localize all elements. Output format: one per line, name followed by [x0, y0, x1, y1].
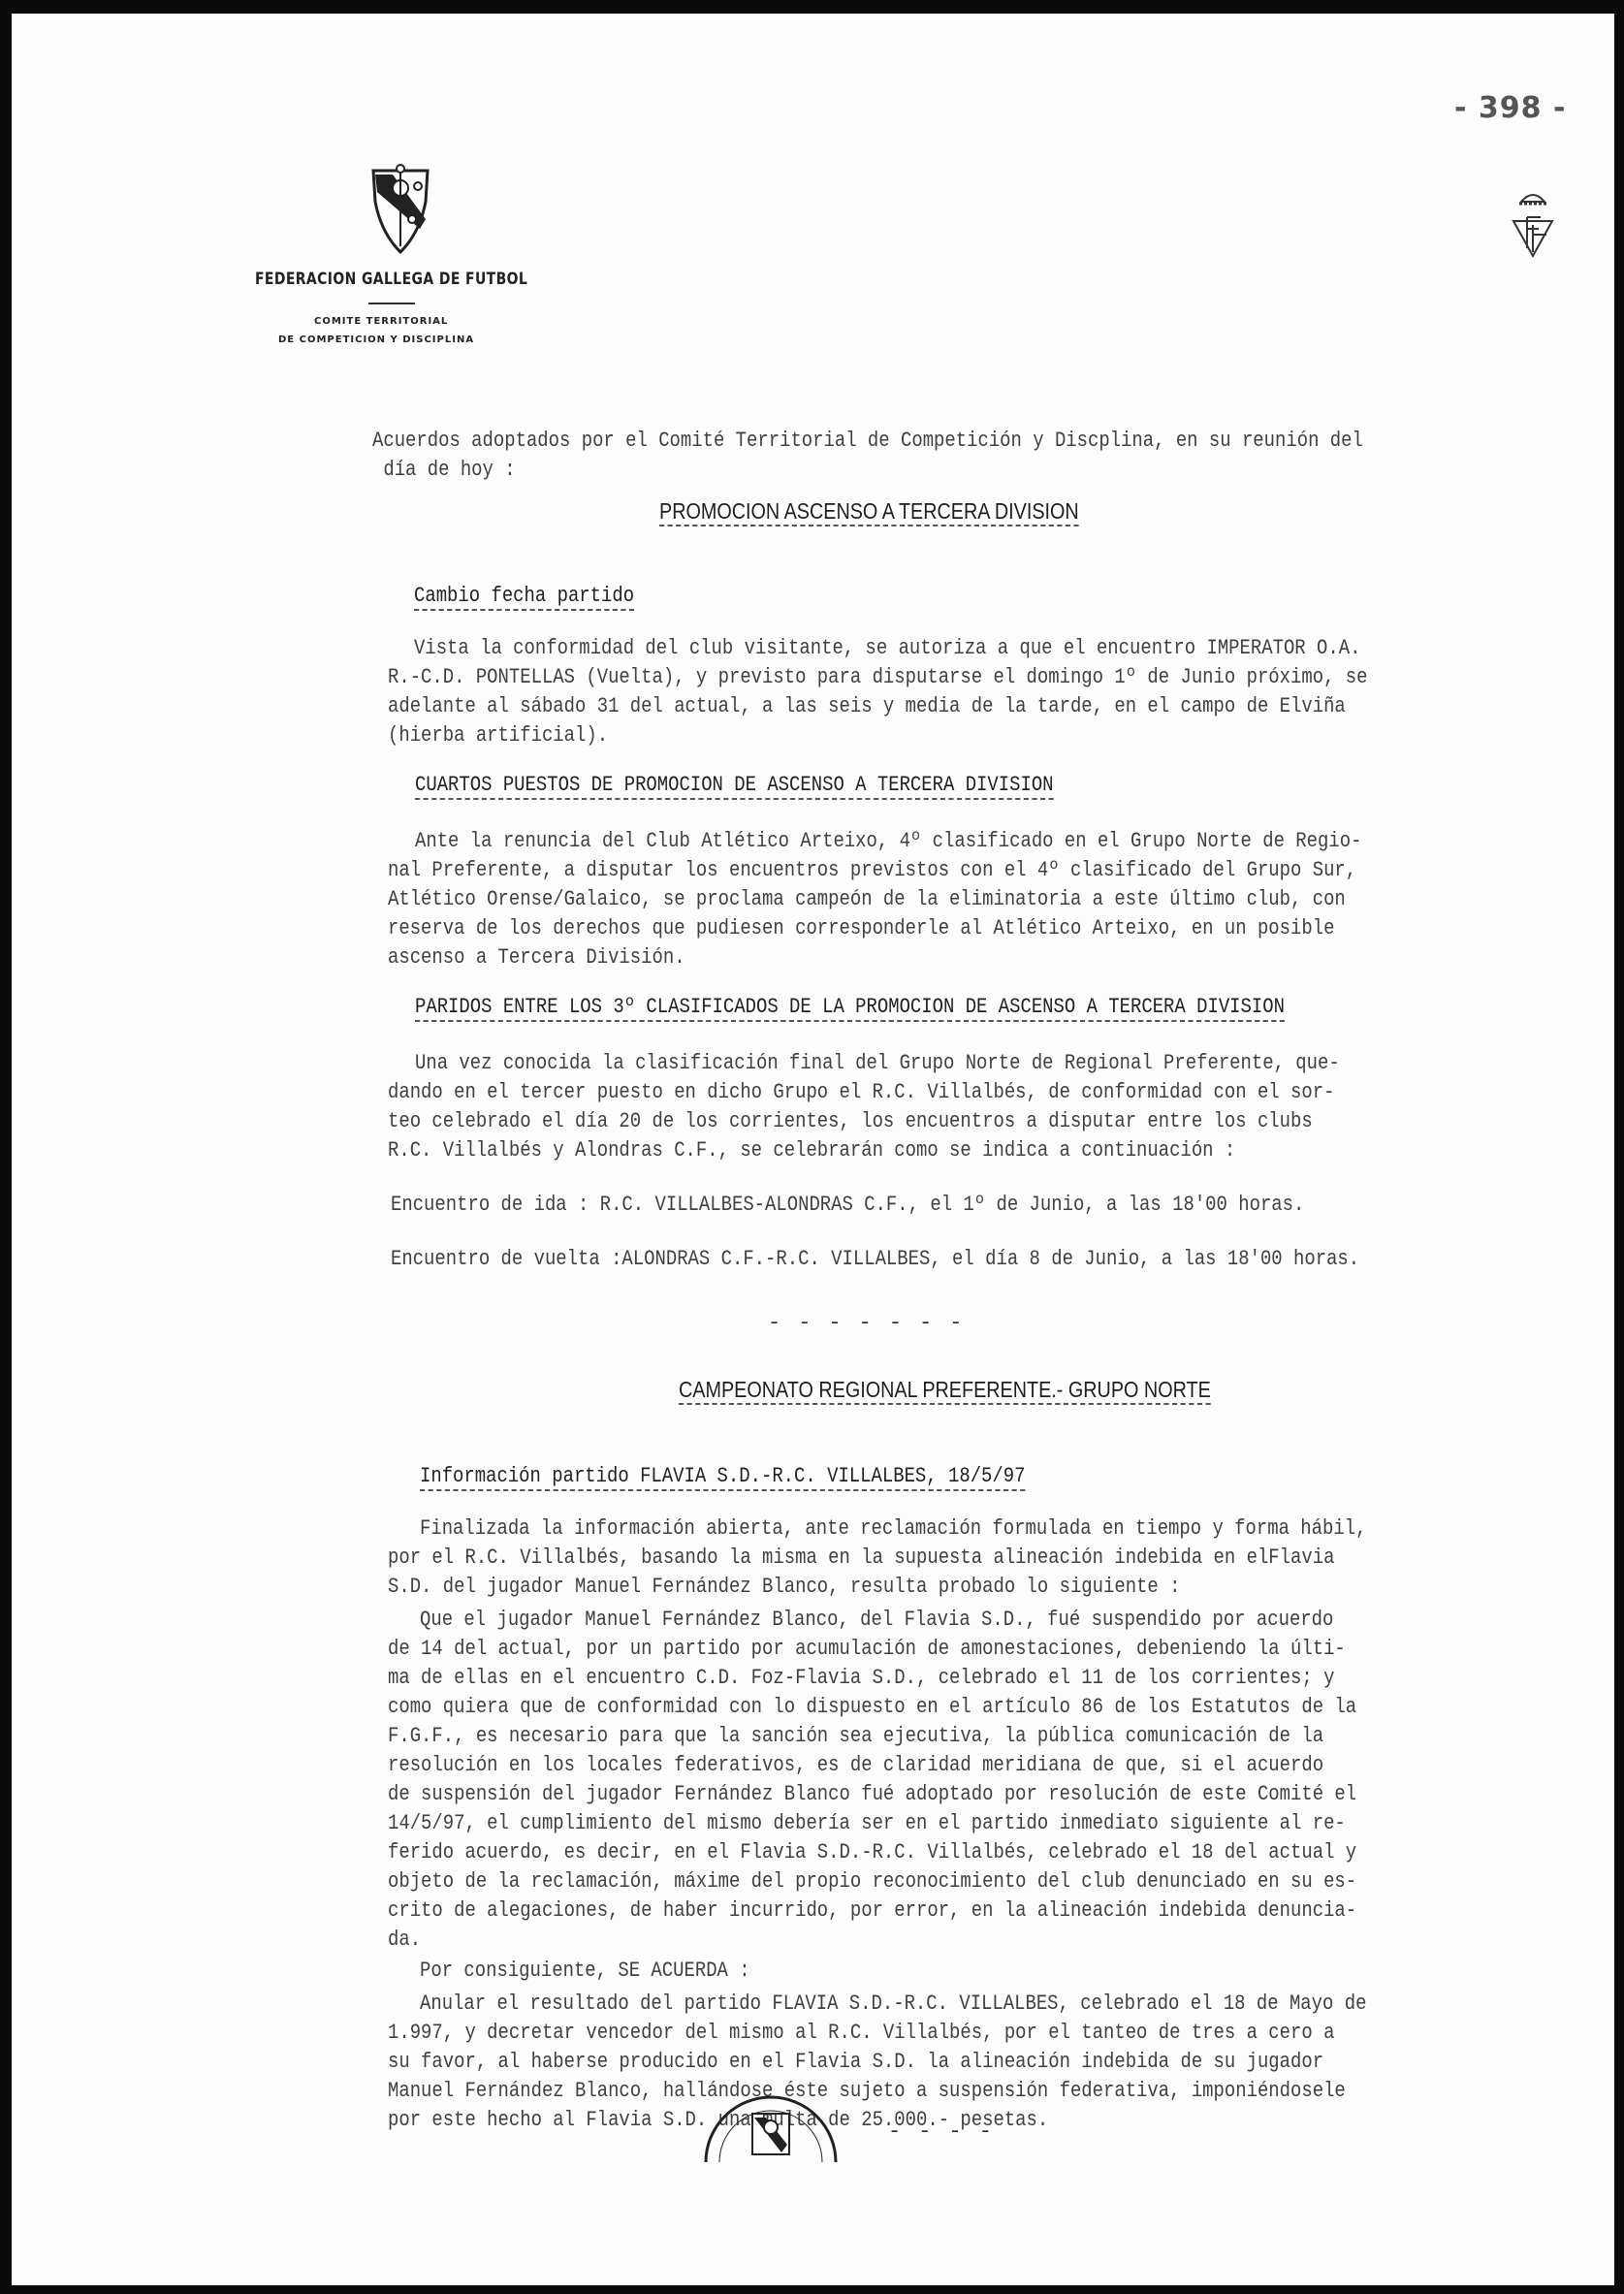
federation-shield-icon — [369, 163, 431, 261]
paragraph-line: Atlético Orense/Galaico, se proclama cam… — [388, 885, 1346, 914]
paragraph-line: ascenso a Tercera División. — [388, 943, 685, 972]
section-title-promocion: PROMOCION ASCENSO A TERCERA DIVISION — [659, 496, 1079, 526]
paragraph-line: por el R.C. Villalbés, basando la misma … — [388, 1544, 1334, 1573]
intro-line-2: día de hoy : — [372, 456, 516, 485]
section-separator: ------- — [768, 1311, 979, 1335]
paragraph-line: 1.997, y decretar vencedor del mismo al … — [388, 2019, 1334, 2048]
paragraph-line: Anular el resultado del partido FLAVIA S… — [420, 1990, 1366, 2019]
paragraph-line: su favor, al haberse producido en el Fla… — [388, 2048, 1323, 2077]
committee-line-2: DE COMPETICION Y DISCIPLINA — [278, 335, 474, 345]
section-title-regional-preferente: CAMPEONATO REGIONAL PREFERENTE.- GRUPO N… — [679, 1375, 1211, 1404]
match-first-leg: Encuentro de ida : R.C. VILLALBES-ALONDR… — [391, 1191, 1304, 1220]
page-number: - 398 - — [1454, 91, 1566, 125]
paragraph-line: crito de alegaciones, de haber incurrido… — [388, 1896, 1356, 1926]
federation-seal-stamp-icon — [698, 2085, 844, 2167]
committee-line-1: COMITE TERRITORIAL — [314, 316, 448, 327]
subheading-cambio-fecha: Cambio fecha partido — [414, 582, 634, 611]
subheading-informacion-partido-text: Información partido FLAVIA S.D.-R.C. VIL… — [420, 1464, 1025, 1491]
paragraph-line: de suspensión del jugador Fernández Blan… — [388, 1780, 1356, 1809]
match-second-leg: Encuentro de vuelta :ALONDRAS C.F.-R.C. … — [391, 1245, 1359, 1274]
paragraph-line: S.D. del jugador Manuel Fernández Blanco… — [388, 1573, 1180, 1602]
paragraph-line: resolución en los locales federativos, e… — [388, 1751, 1323, 1780]
paragraph-line: 14/5/97, el cumplimiento del mismo deber… — [388, 1809, 1346, 1838]
paragraph-line: teo celebrado el día 20 de los corriente… — [388, 1107, 1313, 1136]
subheading-informacion-partido: Información partido FLAVIA S.D.-R.C. VIL… — [420, 1462, 1025, 1491]
subheading-terceros-clasificados-text: PARIDOS ENTRE LOS 3º CLASIFICADOS DE LA … — [415, 995, 1285, 1022]
paragraph-line: como quiera que de conformidad con lo di… — [388, 1693, 1356, 1722]
paragraph-line: R.C. Villalbés y Alondras C.F., se celeb… — [388, 1136, 1235, 1165]
paragraph-line: reserva de los derechos que pudiesen cor… — [388, 914, 1334, 943]
subheading-cambio-fecha-text: Cambio fecha partido — [414, 584, 634, 611]
subheading-cuartos-puestos: CUARTOS PUESTOS DE PROMOCION DE ASCENSO … — [415, 771, 1054, 800]
paragraph-line: Manuel Fernández Blanco, hallándose éste… — [388, 2077, 1346, 2106]
header-divider — [368, 303, 415, 304]
paragraph-line: de 14 del actual, por un partido por acu… — [388, 1635, 1346, 1664]
organization-name: FEDERACION GALLEGA DE FUTBOL — [255, 270, 527, 289]
paragraph-line: dando en el tercer puesto en dicho Grupo… — [388, 1078, 1334, 1107]
paragraph-line: R.-C.D. PONTELLAS (Vuelta), y previsto p… — [388, 663, 1368, 692]
paragraph-line: (hierba artificial). — [388, 721, 608, 750]
paragraph-line: objeto de la reclamación, máxime del pro… — [388, 1867, 1356, 1896]
end-separator: ---- — [888, 2119, 1009, 2144]
paragraph-line: adelante al sábado 31 del actual, a las … — [388, 692, 1346, 721]
section-title-regional-preferente-text: CAMPEONATO REGIONAL PREFERENTE.- GRUPO N… — [679, 1377, 1211, 1405]
subheading-terceros-clasificados: PARIDOS ENTRE LOS 3º CLASIFICADOS DE LA … — [415, 993, 1285, 1022]
paragraph-line: Finalizada la información abierta, ante … — [420, 1514, 1366, 1544]
section-title-promocion-text: PROMOCION ASCENSO A TERCERA DIVISION — [659, 498, 1079, 526]
paragraph-line: ferido acuerdo, es decir, en el Flavia S… — [388, 1838, 1356, 1867]
intro-line-1: Acuerdos adoptados por el Comité Territo… — [372, 427, 1363, 456]
paragraph-line: Que el jugador Manuel Fernández Blanco, … — [420, 1606, 1333, 1635]
paragraph-line: Ante la renuncia del Club Atlético Artei… — [415, 827, 1361, 856]
subheading-cuartos-puestos-text: CUARTOS PUESTOS DE PROMOCION DE ASCENSO … — [415, 773, 1054, 800]
paragraph-line: F.G.F., es necesario para que la sanción… — [388, 1722, 1323, 1751]
resolution-intro: Por consiguiente, SE ACUERDA : — [420, 1957, 750, 1986]
rfef-crown-emblem-icon — [1508, 184, 1558, 267]
paragraph-line: Una vez conocida la clasificación final … — [415, 1049, 1340, 1078]
paragraph-line: ma de ellas en el encuentro C.D. Foz-Fla… — [388, 1664, 1334, 1693]
paragraph-line: nal Preferente, a disputar los encuentro… — [388, 856, 1356, 885]
paragraph-line: da. — [388, 1926, 421, 1955]
paragraph-line: Vista la conformidad del club visitante,… — [414, 634, 1360, 663]
